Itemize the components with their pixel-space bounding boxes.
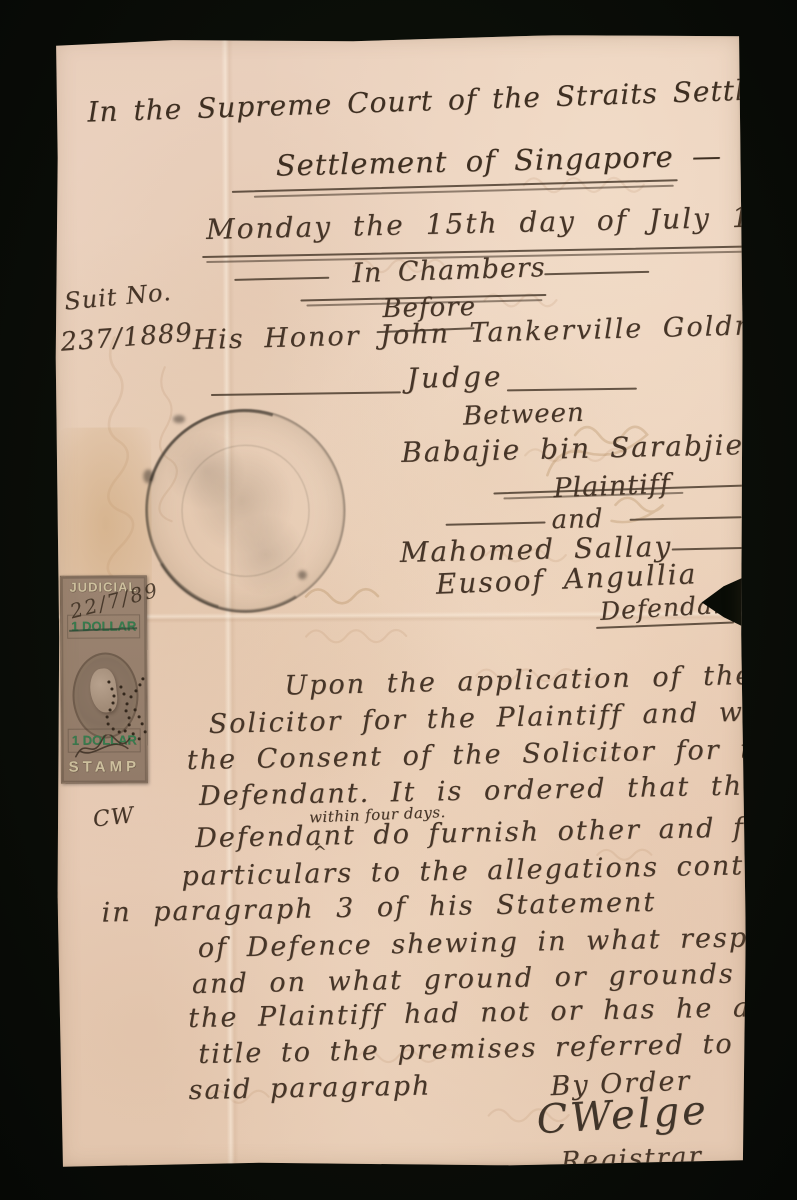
dash-rule	[234, 277, 329, 281]
stamp-stamp-label: STAMP	[62, 758, 147, 775]
dash-rule	[211, 391, 401, 396]
body-line-1: Solicitor for the Plaintiff and with	[208, 696, 787, 740]
dash-rule	[630, 516, 742, 521]
header-court-line: In the Supreme Court of the Straits Sett…	[87, 70, 797, 128]
body-line-0: Upon the application of the	[284, 660, 754, 702]
body-line-11: said paragraph	[188, 1070, 431, 1106]
court-seal	[145, 408, 346, 613]
body-line-4: Defendant do furnish other and further	[195, 811, 797, 854]
clerk-initials: CW	[92, 803, 136, 832]
dash-rule	[544, 271, 649, 275]
seal-ink-blot	[298, 570, 307, 579]
body-line-7: of Defence shewing in what respect —	[198, 921, 797, 964]
suit-number-label: Suit No.	[63, 278, 173, 316]
judicial-revenue-stamp: JUDICIAL 1 DOLLAR 22/7/89 1 DOLLAR STAMP	[60, 575, 148, 783]
registrar-title: Registrar	[560, 1141, 703, 1177]
suit-number-value: 237/1889	[60, 318, 194, 358]
body-line-2: the Consent of the Solicitor for the	[187, 734, 791, 777]
judge-title: Judge	[406, 360, 503, 395]
body-line-10: title to the premises referred to in the	[198, 1027, 797, 1070]
and-label: and	[551, 504, 604, 535]
hearing-date-line: Monday the 15th day of July 1889	[206, 199, 797, 246]
dash-rule	[507, 388, 637, 392]
between-label: Between	[463, 398, 586, 432]
court-order-document: In the Supreme Court of the Straits Sett…	[53, 34, 747, 1168]
plaintiff-name: Babajie bin Sarabjie	[401, 428, 745, 469]
body-line-6: in paragraph 3 of his Statement	[101, 887, 656, 929]
seal-ink-blot	[143, 469, 153, 483]
plaintiff-label: Plaintiff	[553, 468, 672, 504]
registrar-signature: CWelge	[535, 1087, 710, 1143]
chambers-line: In Chambers	[352, 252, 546, 289]
perfin-holes	[107, 681, 110, 684]
body-line-5: particulars to the allegations contained	[181, 849, 797, 892]
dash-rule	[672, 547, 762, 551]
header-settlement-line: Settlement of Singapore —	[275, 139, 722, 183]
queen-victoria-medallion	[72, 652, 138, 738]
body-line-3: Defendant. It is ordered that the	[199, 770, 762, 812]
underline	[579, 1176, 697, 1183]
dash-rule	[446, 521, 546, 525]
queen-profile-portrait	[88, 667, 119, 714]
judge-name-line: His Honor John Tankerville Goldney	[192, 309, 789, 356]
seal-ink-blot	[173, 415, 185, 423]
